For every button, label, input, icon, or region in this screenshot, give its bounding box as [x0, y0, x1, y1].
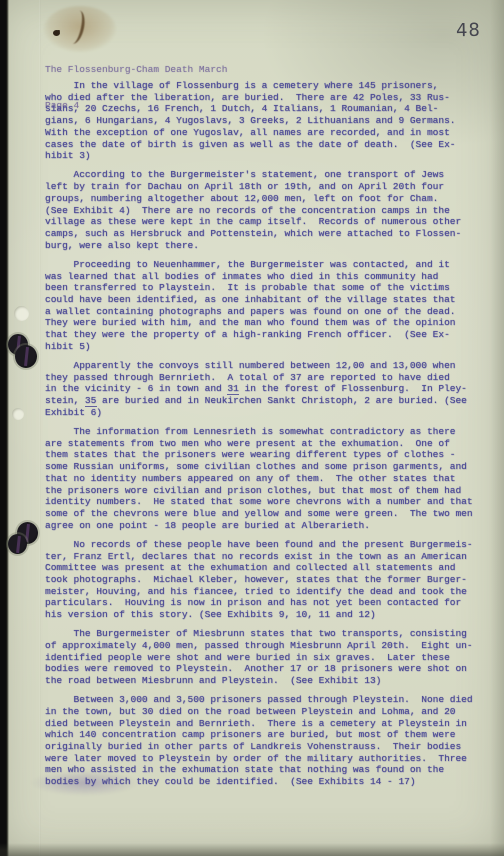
text-line: bodies were removed to Pleystein. Anothe… [45, 663, 490, 675]
text-line: were later moved to Pleystein by order o… [45, 753, 490, 765]
text-line: the prisoners wore civilian and prison c… [45, 485, 490, 497]
text-line: With the exception of one Yugoslav, all … [45, 127, 490, 139]
emboss-mark [14, 306, 29, 321]
binding-edge [0, 0, 9, 856]
text-line: hibit 5) [45, 341, 490, 353]
punch-hole [8, 534, 27, 554]
text-line: bodies by which they could be identified… [45, 776, 490, 788]
header-title: The Flossenburg-Cham Death March [45, 64, 227, 76]
text-line: could have been identified, as one inhab… [45, 294, 490, 306]
paragraph: No records of these people have been fou… [45, 539, 490, 621]
text-line: hibit 3) [45, 150, 490, 162]
text-line: village as these were kept in the camp i… [45, 216, 490, 228]
text-line: been transferred to Playstein. It is pro… [45, 282, 490, 294]
text-line: Exhibit 6) [45, 407, 490, 419]
text-line: No records of these people have been fou… [45, 539, 490, 551]
text-line: men who assisted in the exhumation state… [45, 764, 490, 776]
emboss-mark [12, 408, 24, 420]
text-line: them states that the prisoners were wear… [45, 449, 490, 461]
text-line: his version of this story. (See Exhibits… [45, 609, 490, 621]
text-line: identity numbers. He stated that some wo… [45, 496, 490, 508]
paragraph: The information from Lennesrieth is some… [45, 426, 490, 531]
text-line: took photographs. Michael Kleber, howeve… [45, 574, 490, 586]
text-line: of approximately 4,000 men, passed throu… [45, 640, 490, 652]
hole-streak [24, 347, 29, 367]
text-line: died between Pleystein and Bernrieth. Th… [45, 718, 490, 730]
page-number: 48 [456, 20, 481, 41]
text-line: are statements from two men who were pre… [45, 438, 490, 450]
text-line: some Russian uniforms, some civilian clo… [45, 461, 490, 473]
text-line: a wallet containing photographs and pape… [45, 306, 490, 318]
text-line: groups, numbering altogether about 12,00… [45, 193, 490, 205]
punch-hole [15, 345, 37, 368]
hole-streak [16, 535, 21, 552]
text-line: According to the Burgermeister's stateme… [45, 169, 490, 181]
paragraph: The Burgermeister of Miesbrunn states th… [45, 628, 490, 687]
paper-crease [39, 0, 41, 856]
text-line: (See Exhibit 4) There are no records of … [45, 205, 490, 217]
text-line: cases the date of birth is given as well… [45, 139, 490, 151]
typed-underline [85, 406, 97, 407]
text-line: in the town, but 30 died on the road bet… [45, 706, 490, 718]
text-line: They were buried with him, and the man w… [45, 317, 490, 329]
text-line: agree on one point - 18 people are burie… [45, 520, 490, 532]
text-line: that they were the property of a high-ra… [45, 329, 490, 341]
paragraph: According to the Burgermeister's stateme… [45, 169, 490, 251]
text-line: meister, Houving, and his fiancee, tried… [45, 586, 490, 598]
text-line: The information from Lennesrieth is some… [45, 426, 490, 438]
stain-mark [53, 30, 60, 36]
text-line: which 140 concentration camp prisoners a… [45, 729, 490, 741]
text-line: camps, such as Hersbruck and Pottenstein… [45, 228, 490, 240]
paragraph: Between 3,000 and 3,500 prisoners passed… [45, 694, 490, 788]
text-line: In the village of Flossenburg is a cemet… [45, 80, 490, 92]
text-line: they passed through Bernrieth. A total o… [45, 372, 490, 384]
text-line: some of the chevrons were blue and yello… [45, 508, 490, 520]
typed-underline [227, 394, 239, 395]
paper-right-edge [490, 0, 504, 856]
paragraph: Proceeding to Neuenhammer, the Burgermei… [45, 259, 490, 353]
text-line: The Burgermeister of Miesbrunn states th… [45, 628, 490, 640]
text-line: was learned that all bodies of inmates w… [45, 271, 490, 283]
paragraph: Apparently the convoys still numbered be… [45, 360, 490, 419]
text-line: left by train for Dachau on April 18th o… [45, 181, 490, 193]
text-line: sians, 20 Czechs, 16 French, 1 Dutch, 4 … [45, 103, 490, 115]
document-page: 48 The Flossenburg-Cham Death March Page… [0, 0, 504, 856]
paper-bottom-edge [0, 843, 504, 856]
paragraph: In the village of Flossenburg is a cemet… [45, 80, 490, 162]
text-line: particulars. Houving is now in prison an… [45, 597, 490, 609]
text-line: Committee was present at the exhumation … [45, 562, 490, 574]
text-line: gians, 6 Hungarians, 4 Yugoslavs, 3 Gree… [45, 115, 490, 127]
text-line: Apparently the convoys still numbered be… [45, 360, 490, 372]
text-line: the road between Miesbrunn and Pleystein… [45, 675, 490, 687]
text-line: stein, 35 are buried and in Neukirchen S… [45, 395, 490, 407]
text-line: Between 3,000 and 3,500 prisoners passed… [45, 694, 490, 706]
text-line: originally buried in other parts of Land… [45, 741, 490, 753]
text-line: that no identity numbers appeared on any… [45, 473, 490, 485]
text-line: identified people were shot and were bur… [45, 652, 490, 664]
text-line: in the vicinity - 6 in town and 31 in th… [45, 383, 490, 395]
text-line: burg, were also kept there. [45, 240, 490, 252]
text-line: Proceeding to Neuenhammer, the Burgermei… [45, 259, 490, 271]
text-line: who died after the liberation, are burie… [45, 92, 490, 104]
text-line: ter, Franz Ertl, declares that no record… [45, 551, 490, 563]
document-body: In the village of Flossenburg is a cemet… [45, 80, 490, 795]
